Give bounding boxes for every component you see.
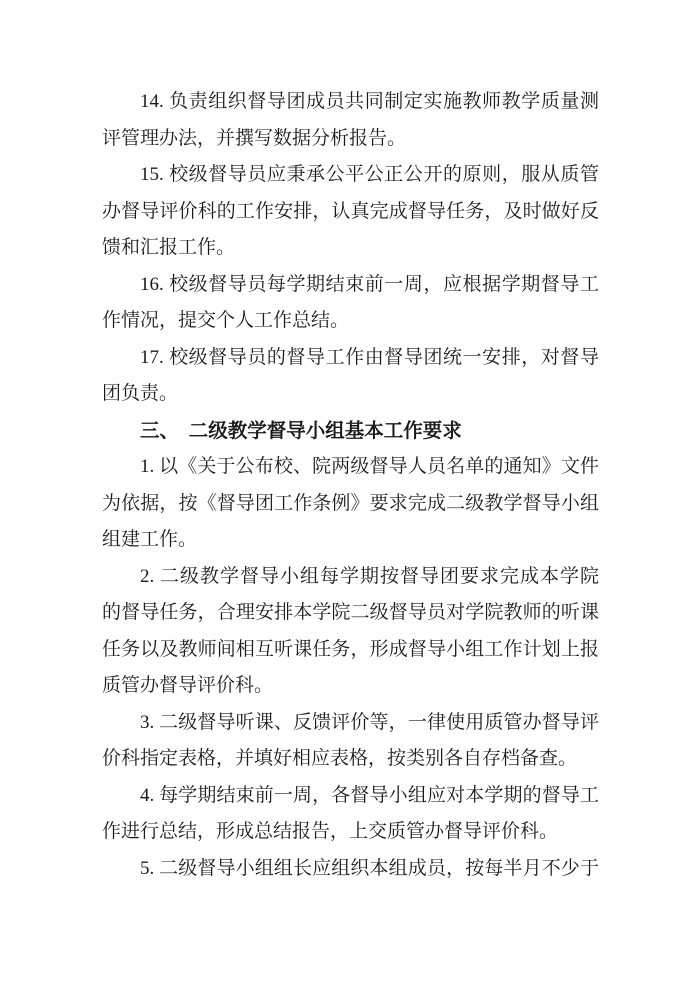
text-line: 质管办督导评价科。 [102,668,599,705]
text-line: 5. 二级督导小组组长应组织本组成员，按每半月不少于 [102,851,599,888]
paragraph: 15. 校级督导员应秉承公平公正公开的原则，服从质管办督导评价科的工作安排，认真… [102,157,599,267]
text-line: 评管理办法，并撰写数据分析报告。 [102,121,599,158]
paragraph: 1. 以《关于公布校、院两级督导人员名单的通知》文件为依据，按《督导团工作条例》… [102,449,599,559]
text-line: 15. 校级督导员应秉承公平公正公开的原则，服从质管 [102,157,599,194]
paragraph: 14. 负责组织督导团成员共同制定实施教师教学质量测评管理办法，并撰写数据分析报… [102,84,599,157]
document-content: 14. 负责组织督导团成员共同制定实施教师教学质量测评管理办法，并撰写数据分析报… [0,0,700,887]
text-line: 2. 二级教学督导小组每学期按督导团要求完成本学院 [102,559,599,596]
text-line: 1. 以《关于公布校、院两级督导人员名单的通知》文件 [102,449,599,486]
paragraph: 5. 二级督导小组组长应组织本组成员，按每半月不少于 [102,851,599,888]
text-line: 14. 负责组织督导团成员共同制定实施教师教学质量测 [102,84,599,121]
text-line: 为依据，按《督导团工作条例》要求完成二级教学督导小组 [102,486,599,523]
text-line: 的督导任务，合理安排本学院二级督导员对学院教师的听课 [102,595,599,632]
text-line: 办督导评价科的工作安排，认真完成督导任务，及时做好反 [102,194,599,231]
text-line: 4. 每学期结束前一周，各督导小组应对本学期的督导工 [102,778,599,815]
section-heading: 三、 二级教学督导小组基本工作要求 [102,413,599,450]
text-line: 馈和汇报工作。 [102,230,599,267]
heading-line: 三、 二级教学督导小组基本工作要求 [102,413,599,450]
paragraph: 17. 校级督导员的督导工作由督导团统一安排，对督导团负责。 [102,340,599,413]
paragraph: 16. 校级督导员每学期结束前一周，应根据学期督导工作情况，提交个人工作总结。 [102,267,599,340]
text-line: 16. 校级督导员每学期结束前一周，应根据学期督导工 [102,267,599,304]
text-line: 3. 二级督导听课、反馈评价等，一律使用质管办督导评 [102,705,599,742]
text-line: 17. 校级督导员的督导工作由督导团统一安排，对督导 [102,340,599,377]
text-line: 价科指定表格，并填好相应表格，按类别各自存档备查。 [102,741,599,778]
text-line: 组建工作。 [102,522,599,559]
text-line: 作进行总结，形成总结报告，上交质管办督导评价科。 [102,814,599,851]
text-line: 团负责。 [102,376,599,413]
paragraph: 3. 二级督导听课、反馈评价等，一律使用质管办督导评价科指定表格，并填好相应表格… [102,705,599,778]
paragraph: 2. 二级教学督导小组每学期按督导团要求完成本学院的督导任务，合理安排本学院二级… [102,559,599,705]
paragraph: 4. 每学期结束前一周，各督导小组应对本学期的督导工作进行总结，形成总结报告，上… [102,778,599,851]
document-page: 14. 负责组织督导团成员共同制定实施教师教学质量测评管理办法，并撰写数据分析报… [0,0,700,990]
text-line: 作情况，提交个人工作总结。 [102,303,599,340]
text-line: 任务以及教师间相互听课任务，形成督导小组工作计划上报 [102,632,599,669]
